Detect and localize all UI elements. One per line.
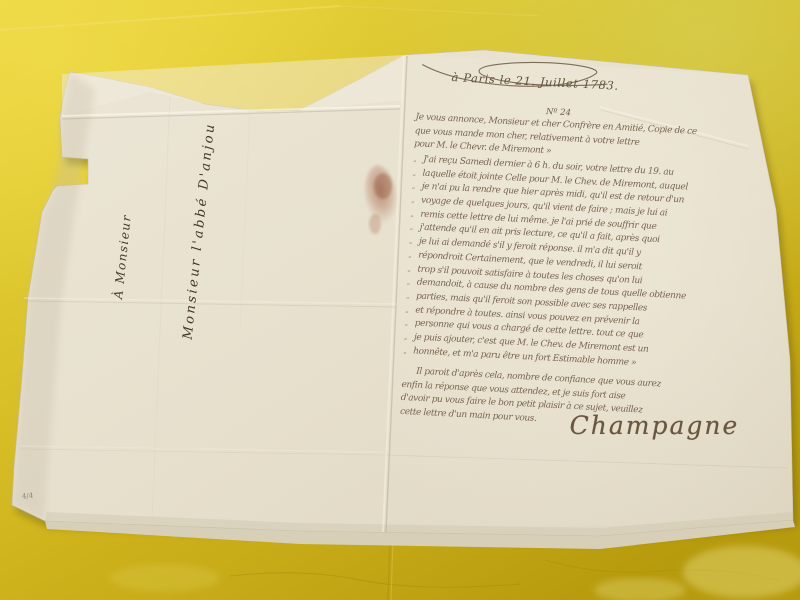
margin-tick: „ [403, 347, 413, 356]
signature: Champagne [570, 411, 740, 440]
margin-tick: „ [404, 333, 414, 342]
margin-tick: „ [409, 237, 419, 246]
margin-tick: „ [413, 155, 423, 164]
margin-tick: „ [410, 210, 420, 219]
margin-tick: „ [406, 292, 416, 301]
signature-flourish [410, 50, 612, 108]
margin-tick: „ [409, 224, 419, 233]
margin-tick: „ [412, 183, 422, 192]
margin-tick: „ [405, 306, 415, 315]
margin-tick: „ [407, 278, 417, 287]
margin-tick: „ [408, 251, 418, 260]
pencil-mark: 4/4 [22, 491, 34, 500]
photograph: À Monsieur Monsieur l'abbé D'anjou 4/4 à… [0, 0, 800, 600]
body-paragraph: „J'ai reçu Samedi dernier à 6 h. du soir… [403, 154, 759, 377]
margin-tick: „ [404, 319, 414, 328]
margin-tick: „ [407, 265, 417, 274]
margin-tick: „ [412, 169, 422, 178]
docket-number: Nº 24 [546, 107, 571, 118]
letter-text-block: à Paris le 21. Juillet 1783. Nº 24 Je vo… [391, 50, 764, 488]
margin-tick: „ [411, 196, 421, 205]
